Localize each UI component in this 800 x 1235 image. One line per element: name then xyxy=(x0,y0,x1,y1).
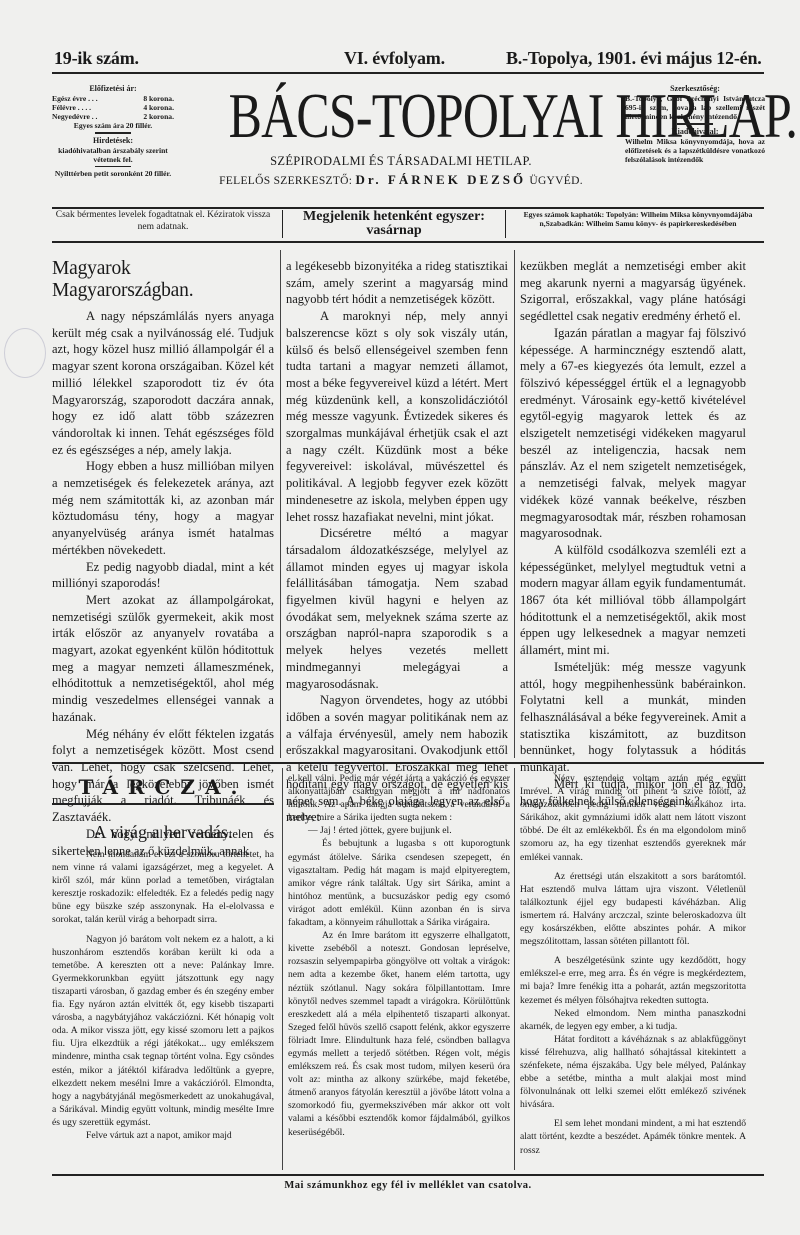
editor-prefix: FELELŐS SZERKESZTŐ: xyxy=(219,175,352,187)
editor-name: Dr. FÁRNEK DEZSŐ xyxy=(355,172,526,187)
story-title: A virág a hervadás. xyxy=(52,822,274,843)
feuilleton-column-3: Négy esztendeig voltam aztán még együtt … xyxy=(520,772,746,1157)
column-divider xyxy=(514,250,515,758)
paragraph: Az érettségi után elszakitott a sors bar… xyxy=(520,870,746,949)
section-rule xyxy=(52,762,764,764)
single-issue-price: Egyes szám ára 20 fillér. xyxy=(52,121,174,130)
price-value: 8 korona. xyxy=(143,94,174,103)
paragraph: Nagyon jó barátom volt nekem ez a halott… xyxy=(52,933,274,1129)
column-divider xyxy=(514,768,515,1170)
price-row: Egész évre . . .8 korona. xyxy=(52,94,174,103)
issue-number: 19-ik szám. xyxy=(54,48,139,69)
feuilleton-column-1: Nem mondanám el ezt a szomoru történetet… xyxy=(52,848,274,1142)
lead-article-column-1: Magyarok Magyarországban. A nagy népszám… xyxy=(52,258,274,859)
masthead-topline: 19-ik szám. VI. évfolyam. B.-Topolya, 19… xyxy=(52,48,764,74)
ads-text: kiadóhivatalban árszabály szerint vétetn… xyxy=(52,146,174,164)
divider xyxy=(95,132,131,134)
price-value: 4 korona. xyxy=(143,103,174,112)
paragraph: És bebujtunk a lugasba s ott kuporogtunk… xyxy=(288,837,510,929)
dateline: B.-Topolya, 1901. évi május 12-én. xyxy=(506,48,762,69)
volume-number: VI. évfolyam. xyxy=(344,48,445,69)
editorial-office-heading: Szerkesztőség: xyxy=(625,84,765,93)
paragraph: A külföld csodálkozva szemléli ezt a kép… xyxy=(520,542,746,659)
ads-heading: Hirdetések: xyxy=(52,136,174,145)
feuilleton-heading: TÁRCZA. xyxy=(52,775,274,799)
paragraph: Hátat forditott a kávéháznak s az ablakf… xyxy=(520,1033,746,1112)
subscription-heading: Előfizetési ár: xyxy=(52,84,174,93)
subscription-box: Előfizetési ár: Egész évre . . .8 korona… xyxy=(52,84,174,178)
paragraph: a legékesebb bizonyitéka a rideg statisz… xyxy=(286,258,508,308)
paragraph: Igazán páratlan a magyar faj fölszivó ké… xyxy=(520,325,746,542)
price-label: Félévre . . . . xyxy=(52,103,91,112)
newspaper-page: 19-ik szám. VI. évfolyam. B.-Topolya, 19… xyxy=(52,0,764,1235)
paragraph: Mert azokat az állampolgárokat, nemzetis… xyxy=(52,592,274,726)
paragraph: Négy esztendeig voltam aztán még együtt … xyxy=(520,772,746,864)
masthead-rule xyxy=(52,72,764,74)
publisher-heading: Kiadóhivatal: xyxy=(625,127,765,136)
paragraph: El sem lehet mondani mindent, a mi hat e… xyxy=(520,1117,746,1156)
paragraph: kezükben meglát a nemzetiségi ember akit… xyxy=(520,258,746,325)
schedule-line: Megjelenik hetenként egyszer: xyxy=(283,210,505,224)
editor-line: FELELŐS SZERKESZTŐ: Dr. FÁRNEK DEZSŐ ÜGY… xyxy=(180,172,622,188)
divider xyxy=(677,123,713,125)
paragraph: Dicséretre méltó a magyar társadalom áld… xyxy=(286,525,508,692)
paragraph: Ismételjük: még messze vagyunk attól, ho… xyxy=(520,659,746,776)
library-stamp xyxy=(4,328,46,378)
letters-notice: Csak bérmentes levelek fogadtatnak el. K… xyxy=(52,210,274,238)
newspaper-subtitle: SZÉPIRODALMI ÉS TÁRSADALMI HETILAP. xyxy=(180,154,622,169)
paragraph: A nagy népszámlálás nyers anyaga került … xyxy=(52,308,274,458)
paragraph: Ez pedig nagyobb diadal, mint a két mill… xyxy=(52,559,274,592)
price-value: 2 korona. xyxy=(143,112,174,121)
feuilleton-rule xyxy=(52,803,274,805)
schedule-day: vasárnap xyxy=(283,224,505,238)
paragraph: Felve vártuk azt a napot, amikor majd xyxy=(52,1129,274,1142)
footer-rule xyxy=(52,1174,764,1176)
dialogue-line: — Jaj ! érted jöttek, gyere bujjunk el. xyxy=(288,824,510,837)
feuilleton-column-2: el kell válni. Pedig már végét járta a v… xyxy=(288,772,510,1139)
open-space-price: Nyilttérben petit soronként 20 fillér. xyxy=(52,169,174,178)
paragraph: Nem mondanám el ezt a szomoru történetet… xyxy=(52,848,274,927)
editorial-office-text: B.-Topolya, Gróf Széchenyi István utcza … xyxy=(625,94,765,121)
divider xyxy=(95,166,131,168)
paragraph: Az én Imre barátom itt egyszerre elhallg… xyxy=(288,929,510,1139)
price-label: Egész évre . . . xyxy=(52,94,98,103)
lead-article-column-3: kezükben meglát a nemzetiségi ember akit… xyxy=(520,258,746,809)
editorial-office-box: Szerkesztőség: B.-Topolya, Gróf Szécheny… xyxy=(625,84,765,164)
price-row: Negyedévre . .2 korona. xyxy=(52,112,174,121)
lead-article-column-2: a legékesebb bizonyitéka a rideg statisz… xyxy=(286,258,508,826)
editor-suffix: ÜGYVÉD. xyxy=(529,175,583,187)
paragraph: A beszélgetésünk szinte ugy kezdődött, h… xyxy=(520,954,746,1006)
paragraph: el kell válni. Pedig már végét járta a v… xyxy=(288,772,510,824)
publisher-text: Wilhelm Miksa könyvnyomdája, hova az elő… xyxy=(625,137,765,164)
column-divider xyxy=(280,250,281,758)
price-label: Negyedévre . . xyxy=(52,112,97,121)
price-row: Félévre . . . .4 korona. xyxy=(52,103,174,112)
paragraph: A maroknyi nép, mely annyi balszerencse … xyxy=(286,308,508,525)
schedule-notice: Megjelenik hetenként egyszer: vasárnap xyxy=(282,210,506,238)
supplement-note: Mai számunkhoz egy fél iv melléklet van … xyxy=(52,1180,764,1191)
column-divider xyxy=(282,768,283,1170)
paragraph: Hogy ebben a husz millióban milyen a nem… xyxy=(52,458,274,558)
paragraph: Neked elmondom. Nem mintha panaszkodni a… xyxy=(520,1007,746,1033)
newspaper-title: BÁCS-TOPOLYAI HIRLAP. xyxy=(229,82,574,150)
lead-article-title: Magyarok Magyarországban. xyxy=(52,258,274,302)
notice-strip: Csak bérmentes levelek fogadtatnak el. K… xyxy=(52,210,764,240)
notice-bottom-rule xyxy=(52,241,764,243)
sales-notice: Egyes számok kaphatók: Topolyán: Wilheim… xyxy=(512,210,764,238)
